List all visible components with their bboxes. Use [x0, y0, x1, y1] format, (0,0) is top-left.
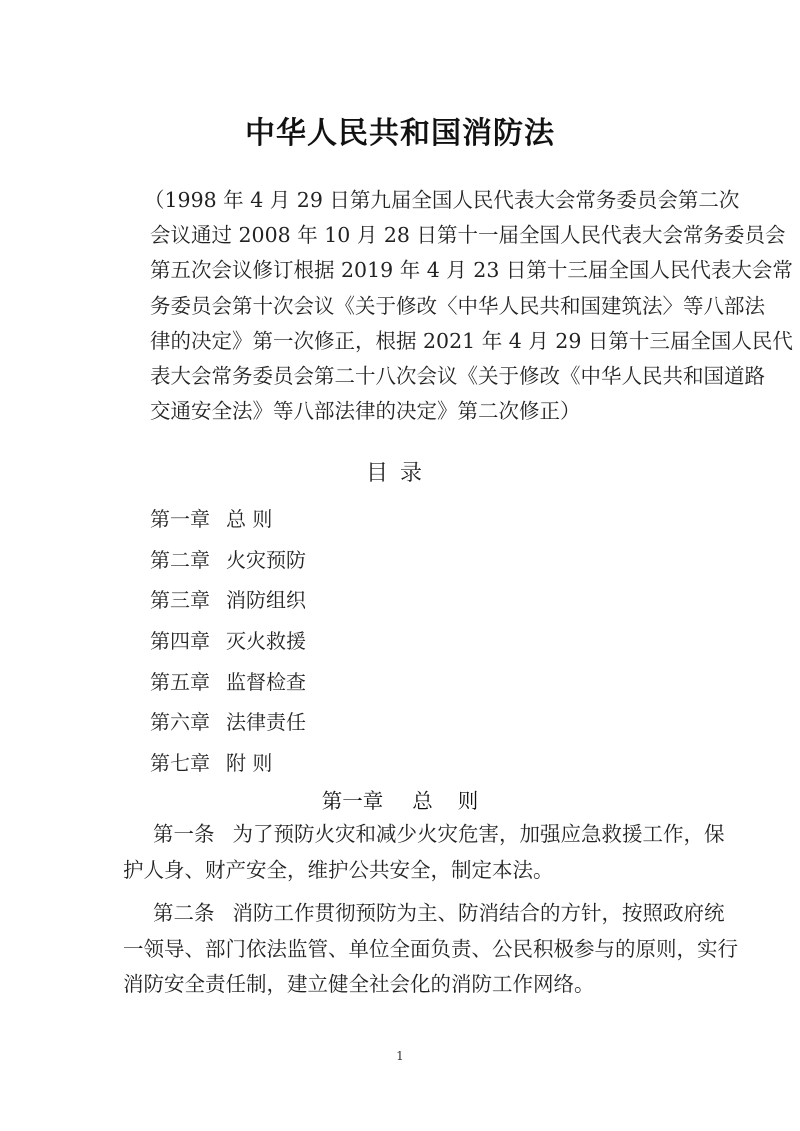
chapter-name-part: 总 — [412, 789, 433, 813]
article-2: 第二条消防工作贯彻预防为主、防消结合的方针，按照政府统 一领导、部门依法监管、单… — [123, 896, 693, 1003]
toc-item: 第一章 总 则 — [150, 497, 306, 538]
toc-chapter-number: 第六章 — [150, 706, 226, 735]
legislative-history-note: （1998 年 4 月 29 日第九届全国人民代表大会常务委员会第二次 会议通过… — [150, 183, 690, 429]
table-of-contents-heading: 目录 — [0, 456, 800, 487]
chapter-name-part: 则 — [458, 789, 479, 813]
document-title: 中华人民共和国消防法 — [0, 108, 800, 152]
article-line: 一领导、部门依法监管、单位全面负责、公民积极参与的原则，实行 — [123, 932, 693, 968]
article-label: 第一条 — [153, 822, 215, 846]
article-label: 第二条 — [153, 901, 215, 925]
toc-chapter-name: 灭火救援 — [226, 625, 306, 654]
chapter-heading: 第一章总则 — [0, 784, 800, 814]
document-page: 中华人民共和国消防法 （1998 年 4 月 29 日第九届全国人民代表大会常务… — [0, 0, 800, 1131]
preamble-line: 交通安全法》等八部法律的决定》第二次修正） — [150, 394, 690, 429]
article-line: 消防安全责任制，建立健全社会化的消防工作网络。 — [123, 967, 693, 1003]
article-1: 第一条为了预防火灾和减少火灾危害，加强应急救援工作，保 护人身、财产安全，维护公… — [123, 817, 693, 888]
toc-chapter-name: 总 则 — [226, 503, 272, 532]
toc-chapter-name: 法律责任 — [226, 706, 306, 735]
toc-item: 第六章 法律责任 — [150, 700, 306, 741]
toc-chapter-name: 监督检查 — [226, 666, 306, 695]
table-of-contents: 第一章 总 则 第二章 火灾预防 第三章 消防组织 第四章 灭火救援 第五章 监… — [150, 497, 306, 782]
article-text: 消防工作贯彻预防为主、防消结合的方针，按照政府统 — [233, 901, 725, 925]
toc-chapter-number: 第四章 — [150, 625, 226, 654]
page-number: 1 — [0, 1049, 800, 1063]
toc-chapter-number: 第一章 — [150, 503, 226, 532]
toc-item: 第三章 消防组织 — [150, 578, 306, 619]
toc-chapter-number: 第二章 — [150, 544, 226, 573]
toc-item: 第四章 灭火救援 — [150, 619, 306, 660]
preamble-line: 律的决定》第一次修正，根据 2021 年 4 月 29 日第十三届全国人民代 — [150, 324, 690, 359]
preamble-line: 第五次会议修订根据 2019 年 4 月 23 日第十三届全国人民代表大会常 — [150, 253, 690, 288]
toc-chapter-name: 火灾预防 — [226, 544, 306, 573]
toc-chapter-number: 第五章 — [150, 666, 226, 695]
article-text: 为了预防火灾和减少火灾危害，加强应急救援工作，保 — [233, 822, 725, 846]
article-line: 护人身、财产安全，维护公共安全，制定本法。 — [123, 853, 693, 889]
toc-item: 第五章 监督检查 — [150, 660, 306, 701]
toc-item: 第七章 附 则 — [150, 741, 306, 782]
preamble-line: 表大会常务委员会第二十八次会议《关于修改《中华人民共和国道路 — [150, 359, 690, 394]
toc-item: 第二章 火灾预防 — [150, 538, 306, 579]
toc-chapter-name: 附 则 — [226, 747, 272, 776]
toc-chapter-name: 消防组织 — [226, 584, 306, 613]
preamble-line: （1998 年 4 月 29 日第九届全国人民代表大会常务委员会第二次 — [144, 183, 690, 218]
article-first-line: 第一条为了预防火灾和减少火灾危害，加强应急救援工作，保 — [123, 817, 693, 853]
toc-chapter-number: 第三章 — [150, 584, 226, 613]
chapter-number: 第一章 — [322, 789, 384, 813]
article-first-line: 第二条消防工作贯彻预防为主、防消结合的方针，按照政府统 — [123, 896, 693, 932]
toc-chapter-number: 第七章 — [150, 747, 226, 776]
preamble-line: 务委员会第十次会议《关于修改〈中华人民共和国建筑法〉等八部法 — [150, 289, 690, 324]
preamble-line: 会议通过 2008 年 10 月 28 日第十一届全国人民代表大会常务委员会 — [150, 218, 690, 253]
